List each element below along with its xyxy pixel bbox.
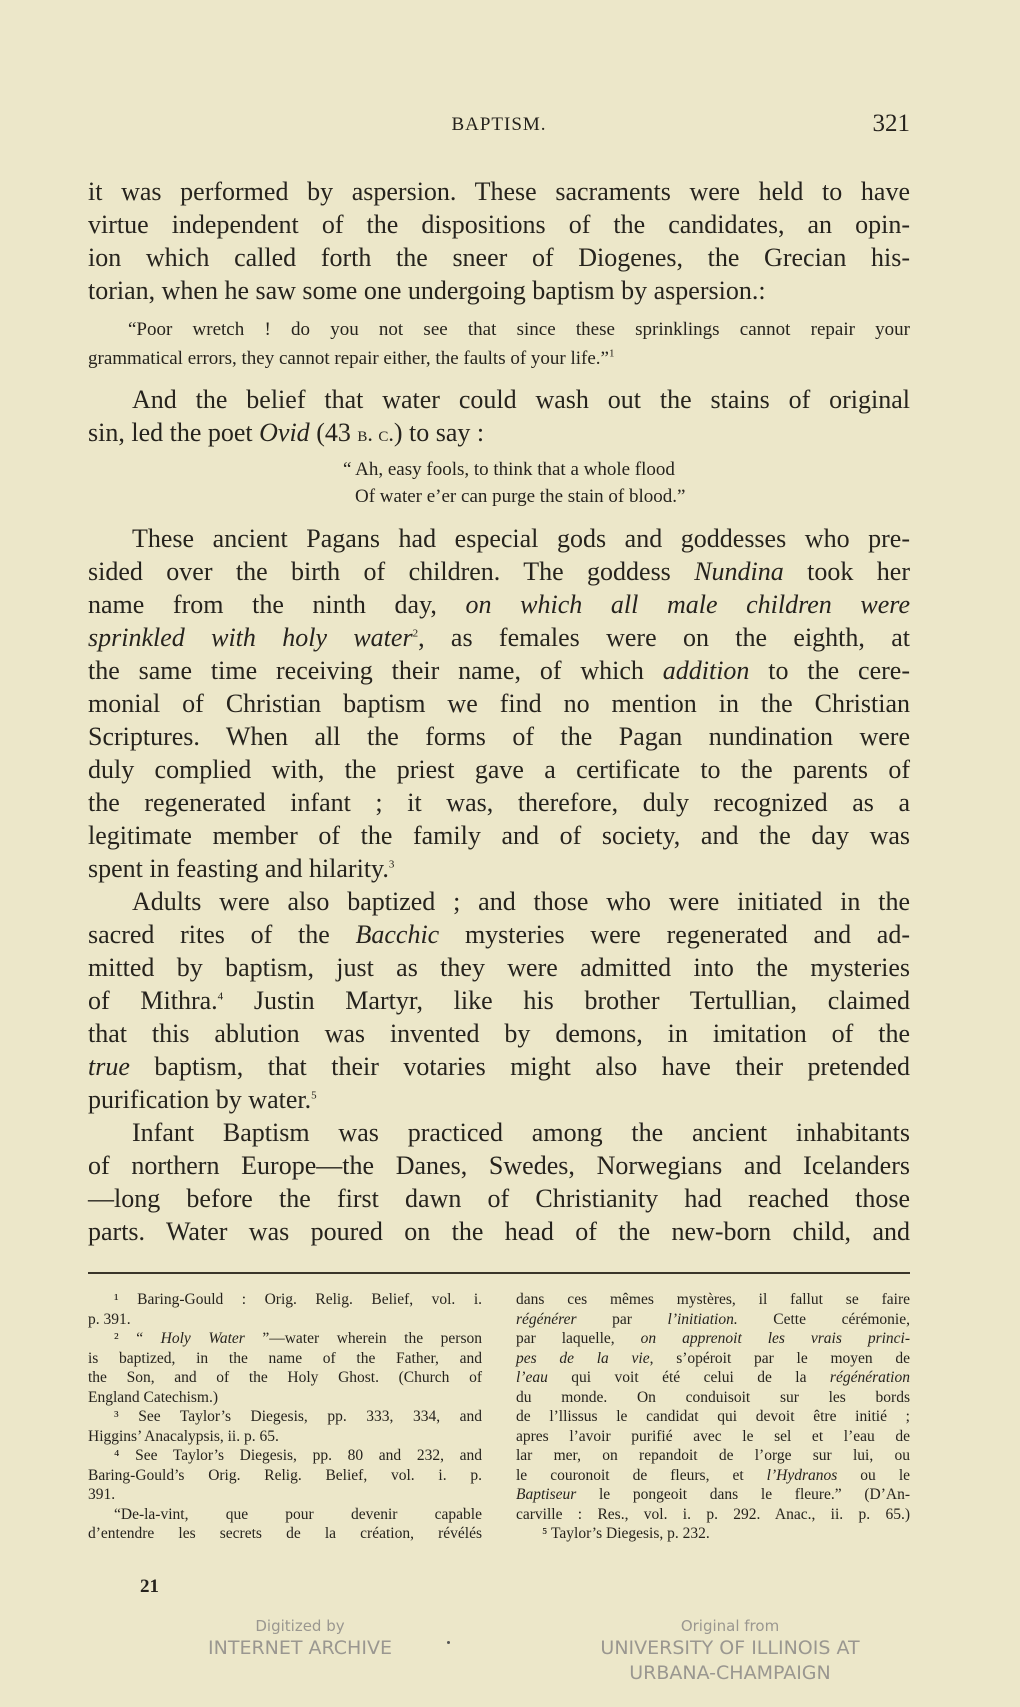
footnote-2: ² “ Holy Water ”—water wherein the perso… — [88, 1329, 482, 1349]
footnotes-left-column: ¹ Baring-Gould : Orig. Relig. Belief, vo… — [88, 1290, 482, 1544]
body-text: it was performed by aspersion. These sac… — [88, 175, 910, 1248]
verse-quote-ovid: “ Ah, easy fools, to think that a whole … — [88, 456, 910, 510]
footnote-ref: 5 — [311, 1089, 317, 1101]
running-head: BAPTISM. 321 — [88, 110, 910, 140]
book-page: BAPTISM. 321 it was performed by aspersi… — [0, 0, 1020, 1707]
paragraph-3: These ancient Pagans had especial gods a… — [88, 522, 910, 885]
block-quote-diogenes: “Poor wretch ! do you not see that since… — [88, 315, 910, 373]
footnote-5: ⁵ Taylor’s Diegesis, p. 232. — [516, 1524, 910, 1544]
watermark-digitized-by: Digitized by INTERNET ARCHIVE — [200, 1616, 400, 1661]
footnote-ref: 1 — [609, 348, 615, 360]
paragraph-5: Infant Baptism was practiced among the a… — [88, 1116, 910, 1248]
speck — [447, 1641, 450, 1644]
italic-ovid: Ovid — [259, 418, 310, 447]
paragraph-2: And the belief that water could wash out… — [88, 383, 910, 450]
paragraph-1: it was performed by aspersion. These sac… — [88, 175, 910, 307]
footnote-divider — [88, 1272, 910, 1274]
running-title: BAPTISM. — [88, 114, 910, 136]
signature-mark: 21 — [140, 1576, 159, 1598]
footnote-ref: 3 — [389, 858, 395, 870]
page-number: 321 — [873, 110, 911, 138]
watermark-original-from: Original from UNIVERSITY OF ILLINOIS AT … — [575, 1616, 885, 1686]
paragraph-4: Adults were also baptized ; and those wh… — [88, 885, 910, 1116]
footnotes-right-column: dans ces mêmes mystères, il fallut se fa… — [516, 1290, 910, 1544]
footnote-3: ³ See Taylor’s Diegesis, pp. 333, 334, a… — [88, 1407, 482, 1427]
footnote-4: ⁴ See Taylor’s Diegesis, pp. 80 and 232,… — [88, 1446, 482, 1466]
footnote-1: ¹ Baring-Gould : Orig. Relig. Belief, vo… — [88, 1290, 482, 1310]
